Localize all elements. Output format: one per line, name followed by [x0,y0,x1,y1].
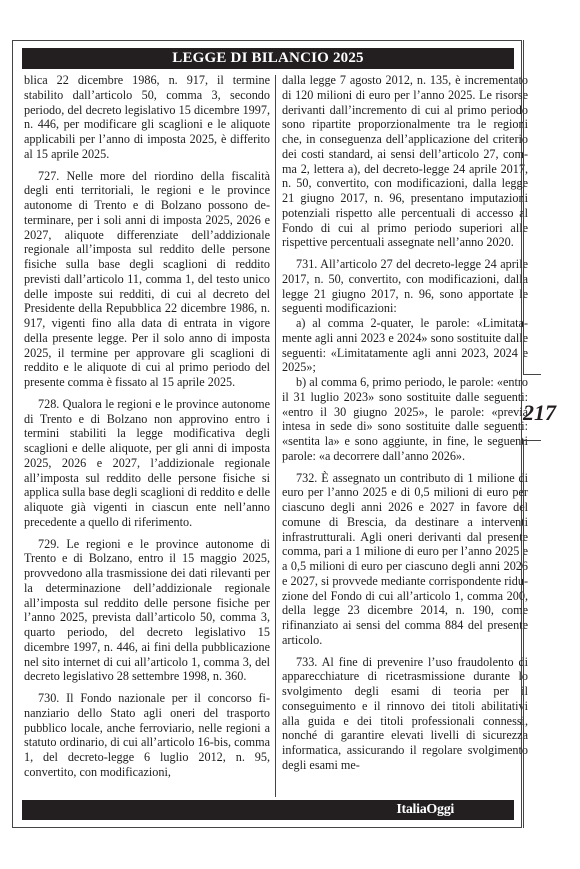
paragraph-730-continuation: dalla legge 7 agosto 2012, n. 135, è inc… [282,73,528,250]
paragraph-733: 733. Al fine di prevenire l’uso fraudole… [282,655,528,773]
paragraph-727: 727. Nelle more del riordino della fisca… [24,169,270,390]
footer-bar: ItaliaOggi [22,800,514,820]
paragraph-continuation: blica 22 dicembre 1986, n. 917, il termi… [24,73,270,162]
paragraph-731-a: a) al comma 2-quater, le parole: «Limita… [282,316,528,375]
paragraph-731: 731. All’articolo 27 del decreto-legge 2… [282,257,528,316]
margin-bracket-top [523,40,541,375]
section-header: LEGGE DI BILANCIO 2025 [22,48,514,69]
publisher-logo: ItaliaOggi [396,801,454,819]
paragraph-728: 728. Qualora le regioni e le province au… [24,397,270,530]
paragraph-732: 732. È assegnato un contributo di 1 mili… [282,471,528,648]
column-divider [275,75,276,797]
page-number: 217 [523,400,556,426]
margin-bracket-bottom [523,440,541,828]
section-title: LEGGE DI BILANCIO 2025 [172,50,364,66]
paragraph-729: 729. Le regioni e le province autonome d… [24,537,270,685]
left-column: blica 22 dicembre 1986, n. 917, il termi… [24,73,270,787]
paragraph-730: 730. Il Fondo nazionale per il concorso … [24,691,270,780]
paragraph-731-b: b) al comma 6, primo periodo, le parole:… [282,375,528,464]
right-column: dalla legge 7 agosto 2012, n. 135, è inc… [282,73,528,780]
